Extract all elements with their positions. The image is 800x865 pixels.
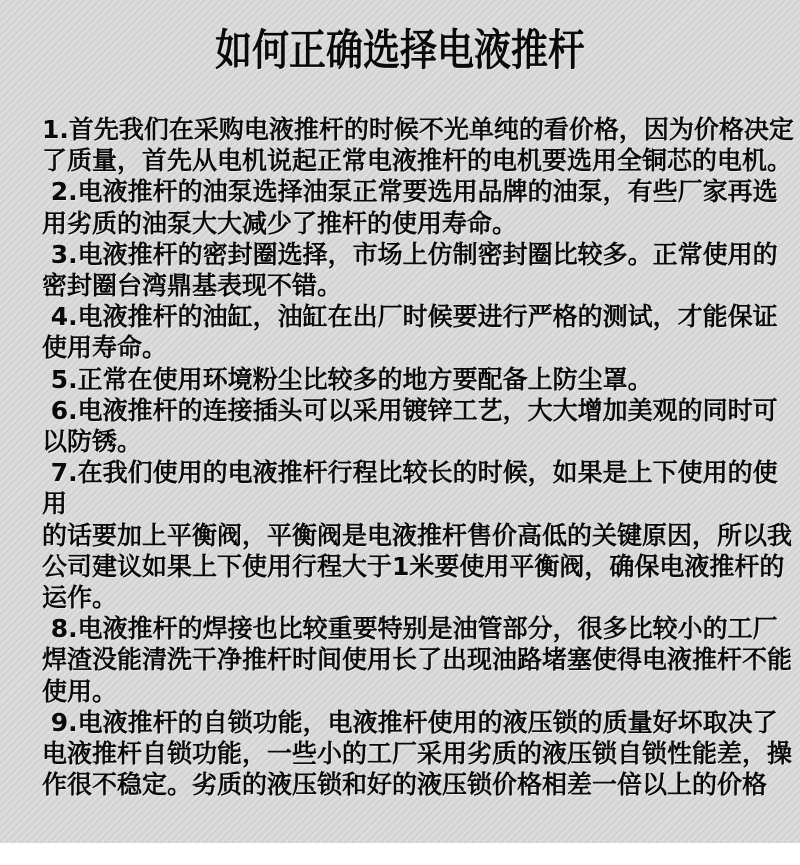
paragraph-8-welding: 8.电液推杆的焊接也比较重要特别是油管部分，很多比较小的工厂 焊渣没能清洗干净推… [42, 613, 798, 707]
paragraph-1-motor: 1.首先我们在采购电液推杆的时候不光单纯的看价格，因为价格决定 了质量，首先从电… [42, 114, 798, 176]
bottom-white-band [0, 843, 800, 865]
paragraph-5-dust-cover: 5.正常在使用环境粉尘比较多的地方要配备上防尘罩。 [42, 364, 798, 395]
paragraph-7-balance-valve: 7.在我们使用的电液推杆行程比较长的时候，如果是上下使用的使用 的话要加上平衡阀… [42, 457, 798, 613]
paragraph-4-cylinder: 4.电液推杆的油缸，油缸在出厂时候要进行严格的测试，才能保证 使用寿命。 [42, 301, 798, 363]
article-body: 1.首先我们在采购电液推杆的时候不光单纯的看价格，因为价格决定 了质量，首先从电… [0, 114, 800, 800]
paragraph-9-self-lock: 9.电液推杆的自锁功能，电液推杆使用的液压锁的质量好坏取决了 电液推杆自锁功能，… [42, 707, 798, 801]
paragraph-3-seal-ring: 3.电液推杆的密封圈选择，市场上仿制密封圈比较多。正常使用的 密封圈台湾鼎基表现… [42, 239, 798, 301]
paragraph-2-oil-pump: 2.电液推杆的油泵选择油泵正常要选用品牌的油泵，有些厂家再选 用劣质的油泵大大减… [42, 176, 798, 238]
page-title: 如何正确选择电液推杆 [0, 0, 800, 76]
page-title-text: 如何正确选择电液推杆 [215, 26, 585, 76]
paragraph-6-plug: 6.电液推杆的连接插头可以采用镀锌工艺，大大增加美观的同时可 以防锈。 [42, 395, 798, 457]
promo-article-image: 如何正确选择电液推杆 1.首先我们在采购电液推杆的时候不光单纯的看价格，因为价格… [0, 0, 800, 865]
